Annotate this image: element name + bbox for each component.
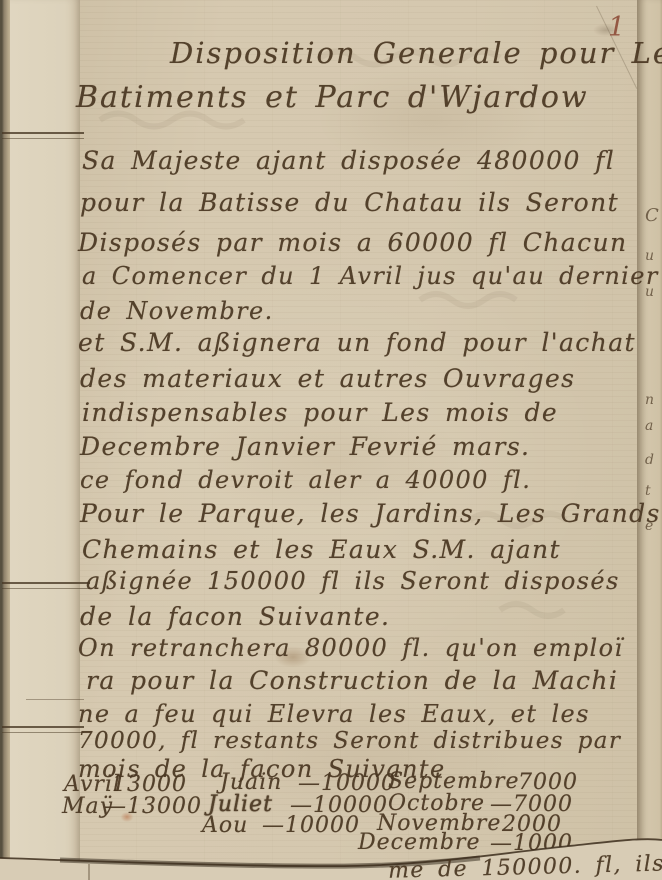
margin-rule <box>2 132 84 139</box>
manuscript-line: Disposés par mois a 60000 fl Chacun <box>78 228 628 257</box>
edge-ink-fragment: n <box>645 392 654 408</box>
manuscript-title-line-1: Disposition Generale pour Les <box>170 36 662 70</box>
manuscript-page: 1 Disposition Generale pour Les Batiment… <box>0 0 662 880</box>
edge-ink-fragment: d <box>645 452 654 468</box>
schedule-cell-amount: —13000 <box>104 794 202 819</box>
manuscript-line: indispensables pour Les mois de <box>82 398 558 427</box>
manuscript-title-line-2: Batiments et Parc d'Wjardow <box>76 80 589 115</box>
manuscript-line: ce fond devroit aler a 40000 fl. <box>80 466 531 494</box>
margin-rule <box>26 699 84 700</box>
adjacent-page-edge <box>637 0 662 880</box>
manuscript-line: On retranchera 80000 fl. qu'on emploï <box>78 634 624 662</box>
manuscript-line: aßignée 150000 fl ils Seront disposés <box>86 567 620 595</box>
schedule-cell-month: Decembre <box>358 830 480 855</box>
edge-ink-fragment: e <box>645 518 653 534</box>
manuscript-line: a Comencer du 1 Avril jus qu'au dernier <box>82 262 659 290</box>
margin-rule <box>2 582 90 589</box>
edge-ink-fragment: a <box>645 418 653 434</box>
margin-rule <box>2 726 84 733</box>
manuscript-line: de Novembre. <box>80 297 274 325</box>
edge-ink-fragment: t <box>645 483 651 499</box>
manuscript-line: Decembre Janvier Fevrié mars. <box>80 432 530 461</box>
edge-ink-fragment: C <box>645 205 659 226</box>
manuscript-line: ne a feu qui Elevra les Eaux, et les <box>78 700 590 728</box>
manuscript-line: Pour le Parque, les Jardins, Les Grands <box>80 499 661 528</box>
manuscript-line: des materiaux et autres Ouvrages <box>80 364 575 393</box>
manuscript-line: ra pour la Construction de la Machi <box>86 666 618 695</box>
schedule-cell-amount: —10000 <box>262 813 360 838</box>
manuscript-line: et S.M. aßignera un fond pour l'achat <box>78 328 636 357</box>
schedule-cell-month: Aou <box>202 813 248 838</box>
manuscript-line: Chemains et les Eaux S.M. ajant <box>82 535 561 564</box>
underlying-page-margin-line <box>88 864 90 880</box>
schedule-cell-amount: —1000. <box>490 831 581 856</box>
edge-ink-fragment: u <box>645 248 654 264</box>
edge-ink-fragment: u <box>645 284 654 300</box>
manuscript-line: pour la Batisse du Chatau ils Seront <box>80 188 619 217</box>
manuscript-line: 70000, fl restants Seront distribues par <box>78 728 621 754</box>
manuscript-line: Sa Majeste ajant disposée 480000 fl <box>82 146 615 175</box>
manuscript-line: de la facon Suivante. <box>80 602 390 631</box>
